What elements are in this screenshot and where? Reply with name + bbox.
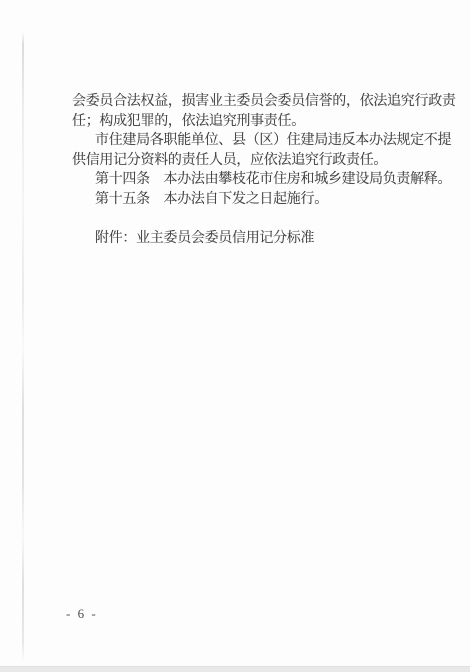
document-body: 会委员合法权益，损害业主委员会委员信誉的，依法追究行政责 任；构成犯罪的，依法追… — [72, 92, 458, 248]
article-15-line: 第十五条 本办法自下发之日起施行。 — [72, 190, 458, 210]
page-left-edge-line — [22, 32, 24, 662]
article-14-line: 第十四条 本办法由攀枝花市住房和城乡建设局负责解释。 — [72, 170, 458, 190]
paragraph-line-3: 市住建局各职能单位、县（区）住建局违反本办法规定不提 — [72, 131, 458, 151]
paragraph-line-4: 供信用记分资料的责任人员，应依法追究行政责任。 — [72, 151, 458, 171]
paragraph-line-2: 任；构成犯罪的，依法追究刑事责任。 — [72, 112, 458, 132]
document-page: 会委员合法权益，损害业主委员会委员信誉的，依法追究行政责 任；构成犯罪的，依法追… — [0, 0, 470, 672]
scan-bottom-edge — [0, 666, 470, 672]
attachment-line: 附件：业主委员会委员信用记分标准 — [72, 229, 458, 249]
paragraph-line-1: 会委员合法权益，损害业主委员会委员信誉的，依法追究行政责 — [72, 92, 458, 112]
page-number: - 6 - — [66, 606, 98, 622]
